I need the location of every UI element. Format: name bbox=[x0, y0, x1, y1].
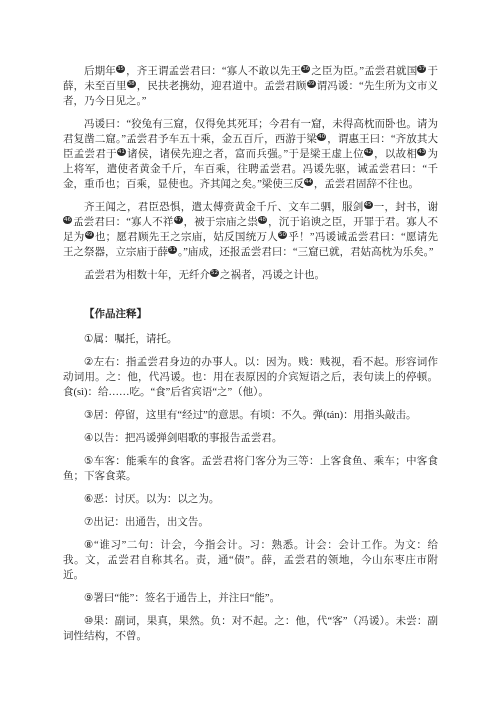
note-text: 果：副词，果真，果然。负：对不起。之：他，代“客”（冯谖）。未尝：副词性结构，不… bbox=[63, 616, 438, 642]
note-item: ⑦出记：出通告，出文告。 bbox=[63, 515, 438, 530]
note-number: ③ bbox=[84, 409, 93, 421]
note-text: 出记：出通告，出文告。 bbox=[93, 517, 209, 528]
note-number: ⑤ bbox=[84, 455, 94, 467]
note-item: ①属：嘱托，请托。 bbox=[63, 332, 438, 347]
text-paragraph: 后期年35，齐王谓孟尝君曰：“寡人不敢以先王36之臣为臣。”孟尝君就国37于薛，… bbox=[63, 64, 438, 109]
footnote-marker: 46 bbox=[63, 216, 72, 224]
footnote-marker: 43 bbox=[417, 148, 426, 156]
footnote-marker: 38 bbox=[127, 80, 136, 88]
note-text: 车客：能乘车的食客。孟尝君将门客分为三等：上客食鱼、乘车；中客食鱼；下客食菜。 bbox=[63, 456, 438, 482]
footnote-marker: 37 bbox=[417, 65, 426, 73]
note-item: ④以告：把冯谖弹剑唱歌的事报告孟尝君。 bbox=[63, 431, 438, 446]
note-item: ⑥恶：讨厌。以为：以之为。 bbox=[63, 492, 438, 507]
text-paragraph: 齐王闻之，君臣恐惧，遣太傅赍黄金千斤、文车二驷，服剑45一，封书，谢46孟尝君曰… bbox=[63, 200, 438, 260]
footnote-marker: 39 bbox=[307, 80, 316, 88]
note-text: 居：停留，这里有“经过”的意思。有顷：不久。弹(tán)：用指头敲击。 bbox=[93, 410, 416, 421]
note-text: 恶：讨厌。以为：以之为。 bbox=[93, 494, 219, 505]
note-item: ⑧“谁习”二句：计会，今指会计。习：熟悉。计会：会计工作。为文：给我。文，孟尝君… bbox=[63, 538, 438, 583]
note-item: ⑨署曰“能”：签名于通告上，并注曰“能”。 bbox=[63, 591, 438, 606]
footnote-marker: 44 bbox=[304, 178, 313, 186]
note-item: ②左右：指孟尝君身边的办事人。以：因为。贱：贱视，看不起。形容词作动词用。之：他… bbox=[63, 355, 438, 400]
text-paragraph: 孟尝君为相数十年，无纤介52之祸者，冯谖之计也。 bbox=[63, 268, 438, 283]
note-number: ⑦ bbox=[84, 516, 93, 528]
note-text: “谁习”二句：计会，今指会计。习：熟悉。计会：会计工作。为文：给我。文，孟尝君自… bbox=[63, 540, 438, 581]
document-page: 后期年35，齐王谓孟尝君曰：“寡人不敢以先王36之臣为臣。”孟尝君就国37于薛，… bbox=[0, 0, 500, 707]
footnote-marker: 52 bbox=[210, 269, 219, 277]
note-number: ② bbox=[84, 356, 94, 368]
footnote-marker: 45 bbox=[364, 201, 373, 209]
note-item: ⑤车客：能乘车的食客。孟尝君将门客分为三等：上客食鱼、乘车；中客食鱼；下客食菜。 bbox=[63, 454, 438, 484]
main-text-block: 后期年35，齐王谓孟尝君曰：“寡人不敢以先王36之臣为臣。”孟尝君就国37于薛，… bbox=[63, 64, 438, 283]
note-text: 以告：把冯谖弹剑唱歌的事报告孟尝君。 bbox=[93, 433, 282, 444]
footnote-marker: 47 bbox=[174, 216, 183, 224]
footnote-marker: 36 bbox=[301, 65, 310, 73]
footnote-marker: 35 bbox=[116, 65, 125, 73]
note-number: ⑧ bbox=[84, 539, 94, 551]
note-number: ④ bbox=[84, 432, 93, 444]
notes-list: ①属：嘱托，请托。②左右：指孟尝君身边的办事人。以：因为。贱：贱视，看不起。形容… bbox=[63, 332, 438, 644]
notes-section-heading: 【作品注释】 bbox=[63, 307, 438, 322]
footnote-marker: 51 bbox=[168, 246, 177, 254]
note-text: 左右：指孟尝君身边的办事人。以：因为。贱：贱视，看不起。形容词作动词用。之：他，… bbox=[63, 357, 438, 398]
note-item: ③居：停留，这里有“经过”的意思。有顷：不久。弹(tán)：用指头敲击。 bbox=[63, 408, 438, 423]
footnote-marker: 41 bbox=[117, 148, 126, 156]
footnote-marker: 50 bbox=[278, 231, 287, 239]
note-number: ⑩ bbox=[84, 615, 94, 627]
note-number: ① bbox=[84, 333, 93, 345]
footnote-marker: 49 bbox=[85, 231, 94, 239]
note-item: ⑩果：副词，果真，果然。负：对不起。之：他，代“客”（冯谖）。未尝：副词性结构，… bbox=[63, 614, 438, 644]
note-text: 署曰“能”：签名于通告上，并注曰“能”。 bbox=[93, 593, 280, 604]
note-text: 属：嘱托，请托。 bbox=[93, 334, 177, 345]
note-number: ⑨ bbox=[84, 592, 93, 604]
footnote-marker: 42 bbox=[364, 148, 373, 156]
text-paragraph: 冯谖曰：“狡兔有三窟，仅得免其死耳；今君有一窟，未得高枕而卧也。请为君复凿二窟。… bbox=[63, 117, 438, 192]
note-number: ⑥ bbox=[84, 493, 93, 505]
footnote-marker: 40 bbox=[317, 133, 326, 141]
footnote-marker: 48 bbox=[258, 216, 267, 224]
